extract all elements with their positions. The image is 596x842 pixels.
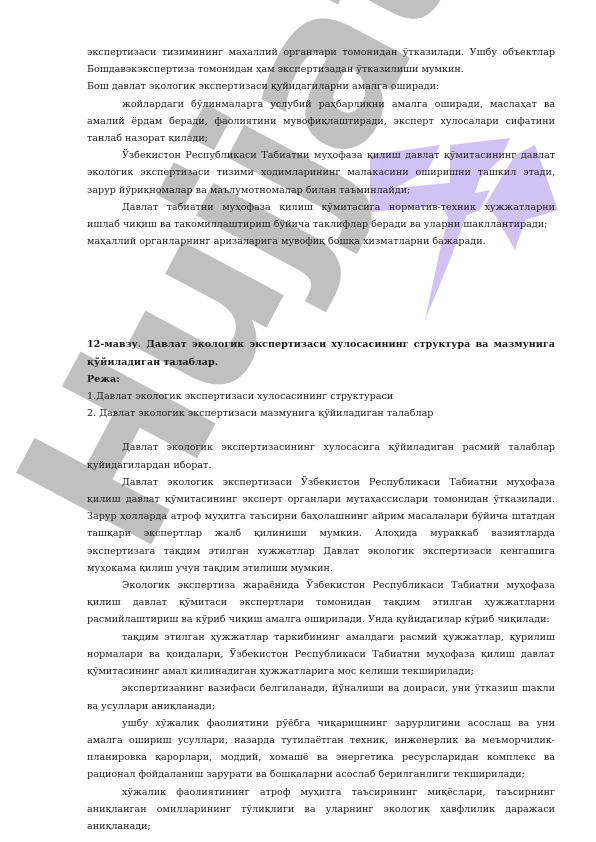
spacer (87, 422, 555, 439)
paragraph: тақдим этилган ҳужжатлар таркибининг ама… (87, 629, 555, 681)
paragraph: Давлат экологик экспертизаси Ўзбекистон … (87, 474, 555, 577)
paragraph: маҳаллий органларнинг аризаларига мувофи… (87, 233, 555, 250)
topic-title: 12-мавзу. Давлат экологик экспертизаси х… (87, 336, 555, 370)
paragraph: хўжалик фаолиятининг атроф муҳитга таъси… (87, 784, 555, 836)
plan-item: 1.Давлат экологик экспертизаси хулосасин… (87, 388, 555, 405)
document-page: Hujjat экспертизаси тизимининг махаллий … (0, 0, 596, 842)
paragraph: жойлардаги бўлинмаларга услубий раҳбарли… (87, 96, 555, 148)
paragraph: Давлат экологик экспертизасининг хулосас… (87, 439, 555, 473)
spacer (87, 250, 555, 336)
plan-label: Режа: (87, 371, 555, 388)
plan-item: 2. Давлат экологик экспертизаси мазмуниг… (87, 405, 555, 422)
paragraph: ушбу хўжалик фаолиятини рўёбга чиқаришни… (87, 715, 555, 784)
paragraph: Бош давлат экологик экспертизаси қуйидаг… (87, 78, 555, 95)
document-body: экспертизаси тизимининг махаллий органла… (87, 44, 555, 835)
paragraph: Экологик экспертиза жараёнида Ўзбекистон… (87, 577, 555, 629)
paragraph: Ўзбекистон Республикаси Табиатни муҳофаз… (87, 147, 555, 199)
paragraph: экспертизанинг вазифаси белгиланади, йўн… (87, 680, 555, 714)
paragraph: Давлат табиатни муҳофаза қилиш қўмитасиг… (87, 199, 555, 233)
paragraph: экспертизаси тизимининг махаллий органла… (87, 44, 555, 78)
